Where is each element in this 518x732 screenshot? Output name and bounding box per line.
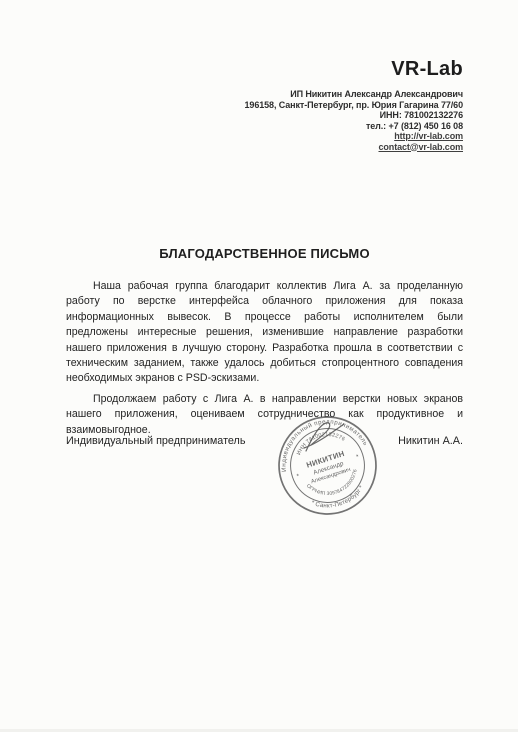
email-link[interactable]: contact@vr-lab.com [245, 142, 463, 153]
website-link[interactable]: http://vr-lab.com [245, 131, 463, 142]
stamp-ring-bottom-text: * Санкт-Петербург * [308, 483, 369, 517]
handwritten-signature [294, 414, 354, 460]
signatory-name: Никитин А.А. [398, 435, 463, 447]
contact-block: ИП Никитин Александр Александрович 19615… [245, 89, 463, 152]
signature-stroke-loop [306, 423, 330, 451]
letter-body: Наша рабочая группа благодарит коллектив… [66, 279, 463, 443]
signatory-role: Индивидуальный предприниматель [66, 435, 245, 447]
paragraph-1: Наша рабочая группа благодарит коллектив… [66, 279, 463, 387]
contact-line-owner: ИП Никитин Александр Александрович [245, 89, 463, 100]
contact-line-address: 196158, Санкт-Петербург, пр. Юрия Гагари… [245, 100, 463, 111]
stamp-star-left: * [296, 473, 301, 481]
contact-line-inn: ИНН: 781002132276 [245, 110, 463, 121]
letterhead: VR-Lab ИП Никитин Александр Александрови… [245, 58, 463, 152]
letter-page: VR-Lab ИП Никитин Александр Александрови… [0, 0, 518, 732]
svg-text:* Санкт-Петербург *: * Санкт-Петербург * [308, 483, 369, 517]
letter-title: БЛАГОДАРСТВЕННОЕ ПИСЬМО [66, 246, 463, 261]
stamp-star-right: * [355, 453, 360, 461]
brand-name: VR-Lab [245, 58, 463, 81]
contact-line-phone: тел.: +7 (812) 450 16 08 [245, 121, 463, 132]
signature-stroke-tail [304, 424, 344, 448]
